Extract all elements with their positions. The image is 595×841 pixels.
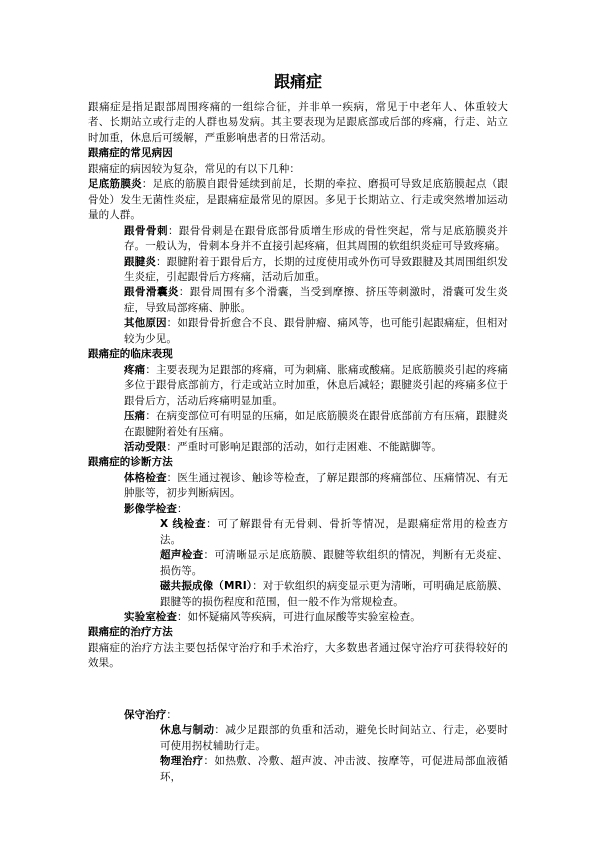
- term-colon: ：: [204, 755, 215, 767]
- term-colon: ：: [168, 225, 179, 237]
- term-xray: X 线检查: [160, 518, 206, 530]
- treatment-item-rest: 休息与制动：减少足跟部的负重和活动，避免长时间站立、行走，必要时可使用拐杖辅助行…: [88, 723, 508, 754]
- desc-limited-activity: 严重时可影响足跟部的活动，如行走困难、不能踮脚等。: [177, 441, 442, 453]
- term-bursitis: 跟骨滑囊炎: [124, 286, 179, 298]
- term-conservative-treatment: 保守治疗: [124, 709, 166, 721]
- section-heading-treatment: 跟痛症的治疗方法: [88, 625, 508, 640]
- cause-item-plantar-fasciitis: 足底筋膜炎：足底的筋膜自跟骨延续到前足，长期的牵拉、磨损可导致足底筋膜起点（跟骨…: [88, 177, 508, 223]
- cause-item-bursitis: 跟骨滑囊炎：跟骨周围有多个滑囊，当受到摩擦、挤压等刺激时，滑囊可发生炎症，导致局…: [88, 285, 508, 316]
- cause-item-achilles-tendinitis: 跟腱炎：跟腱附着于跟骨后方，长期的过度使用或外伤可导致跟腱及其周围组织发生炎症，…: [88, 255, 508, 286]
- desc-physical-exam: 医生通过视诊、触诊等检查，了解足跟部的疼痛部位、压痛情况、有无肿胀等，初步判断病…: [124, 472, 508, 499]
- term-mri: 磁共振成像（MRI）: [160, 580, 252, 592]
- desc-pain: 主要表现为足跟部的疼痛，可为刺痛、胀痛或酸痛。足底筋膜炎引起的疼痛多位于跟骨底部…: [124, 364, 508, 407]
- document-content: 跟痛症 跟痛症是指足跟部周围疼痛的一组综合征，并非单一疾病，常见于中老年人、体重…: [88, 71, 508, 785]
- diagnosis-item-ultrasound: 超声检查：可清晰显示足底筋膜、跟腱等软组织的情况，判断有无炎症、损伤等。: [88, 548, 508, 579]
- document-title: 跟痛症: [88, 71, 508, 93]
- treatment-item-conservative: 保守治疗：: [88, 708, 508, 723]
- symptom-item-tenderness: 压痛：在病变部位可有明显的压痛，如足底筋膜炎在跟骨底部前方有压痛，跟腱炎在跟腱附…: [88, 409, 508, 440]
- section-heading-symptoms: 跟痛症的临床表现: [88, 347, 508, 362]
- term-other-causes: 其他原因: [124, 317, 167, 329]
- term-ultrasound: 超声检查: [160, 549, 204, 561]
- term-colon: ：: [166, 709, 177, 721]
- intro-paragraph: 跟痛症是指足跟部周围疼痛的一组综合征，并非单一疾病，常见于中老年人、体重较大者、…: [88, 100, 508, 146]
- desc-achilles-tendinitis: 跟腱附着于跟骨后方，长期的过度使用或外伤可导致跟腱及其周围组织发生炎症，引起跟骨…: [124, 256, 508, 283]
- desc-tenderness: 在病变部位可有明显的压痛，如足底筋膜炎在跟骨底部前方有压痛，跟腱炎在跟腱附着处有…: [124, 410, 508, 437]
- term-colon: ：: [206, 518, 217, 530]
- treatment-lede: 跟痛症的治疗方法主要包括保守治疗和手术治疗，大多数患者通过保守治疗可获得较好的效…: [88, 641, 508, 672]
- term-lab-test: 实验室检查: [124, 611, 177, 623]
- diagnosis-item-mri: 磁共振成像（MRI）：对于软组织的病变显示更为清晰，可明确足底筋膜、跟腱等的损伤…: [88, 579, 508, 610]
- term-colon: ：: [166, 441, 177, 453]
- desc-heel-spur: 跟骨骨刺是在跟骨底部骨质增生形成的骨性突起，常与足底筋膜炎并存。一般认为，骨刺本…: [124, 225, 508, 252]
- term-achilles-tendinitis: 跟腱炎: [124, 256, 156, 268]
- section-heading-diagnosis: 跟痛症的诊断方法: [88, 455, 508, 470]
- term-colon: ：: [179, 286, 190, 298]
- symptom-item-pain: 疼痛：主要表现为足跟部的疼痛，可为刺痛、胀痛或酸痛。足底筋膜炎引起的疼痛多位于跟…: [88, 363, 508, 409]
- causes-lede: 跟痛症的病因较为复杂，常见的有以下几种：: [88, 162, 508, 177]
- term-colon: ：: [177, 503, 188, 515]
- term-colon: ：: [167, 317, 178, 329]
- diagnosis-item-xray: X 线检查：可了解跟骨有无骨刺、骨折等情况，是跟痛症常用的检查方法。: [88, 517, 508, 548]
- term-heel-spur: 跟骨骨刺: [124, 225, 168, 237]
- term-tenderness: 压痛: [124, 410, 145, 422]
- term-colon: ：: [252, 580, 263, 592]
- document-page: 跟痛症 跟痛症是指足跟部周围疼痛的一组综合征，并非单一疾病，常见于中老年人、体重…: [0, 0, 595, 841]
- term-colon: ：: [145, 410, 156, 422]
- diagnosis-item-imaging: 影像学检查：: [88, 502, 508, 517]
- diagnosis-item-lab-test: 实验室检查：如怀疑痛风等疾病，可进行血尿酸等实验室检查。: [88, 610, 508, 625]
- term-colon: ：: [167, 472, 178, 484]
- desc-lab-test: 如怀疑痛风等疾病，可进行血尿酸等实验室检查。: [188, 611, 421, 623]
- symptom-item-limited-activity: 活动受限：严重时可影响足跟部的活动，如行走困难、不能踮脚等。: [88, 440, 508, 455]
- diagnosis-item-physical-exam: 体格检查：医生通过视诊、触诊等检查，了解足跟部的疼痛部位、压痛情况、有无肿胀等，…: [88, 471, 508, 502]
- desc-other-causes: 如跟骨骨折愈合不良、跟骨肿瘤、痛风等，也可能引起跟痛症，但相对较为少见。: [124, 317, 508, 344]
- term-colon: ：: [142, 178, 153, 190]
- cause-item-heel-spur: 跟骨骨刺：跟骨骨刺是在跟骨底部骨质增生形成的骨性突起，常与足底筋膜炎并存。一般认…: [88, 224, 508, 255]
- term-physiotherapy: 物理治疗: [160, 755, 204, 767]
- term-pain: 疼痛: [124, 364, 145, 376]
- term-physical-exam: 体格检查: [124, 472, 167, 484]
- cause-item-other: 其他原因：如跟骨骨折愈合不良、跟骨肿瘤、痛风等，也可能引起跟痛症，但相对较为少见…: [88, 316, 508, 347]
- section-heading-causes: 跟痛症的常见病因: [88, 146, 508, 161]
- term-limited-activity: 活动受限: [124, 441, 166, 453]
- term-imaging: 影像学检查: [124, 503, 177, 515]
- term-plantar-fasciitis: 足底筋膜炎: [88, 178, 142, 190]
- term-rest-immobilization: 休息与制动: [160, 724, 214, 736]
- blank-spacer: [88, 672, 508, 708]
- treatment-item-physiotherapy: 物理治疗：如热敷、冷敷、超声波、冲击波、按摩等，可促进局部血液循环，: [88, 754, 508, 785]
- term-colon: ：: [156, 256, 167, 268]
- term-colon: ：: [204, 549, 215, 561]
- term-colon: ：: [145, 364, 156, 376]
- term-colon: ：: [214, 724, 225, 736]
- term-colon: ：: [177, 611, 188, 623]
